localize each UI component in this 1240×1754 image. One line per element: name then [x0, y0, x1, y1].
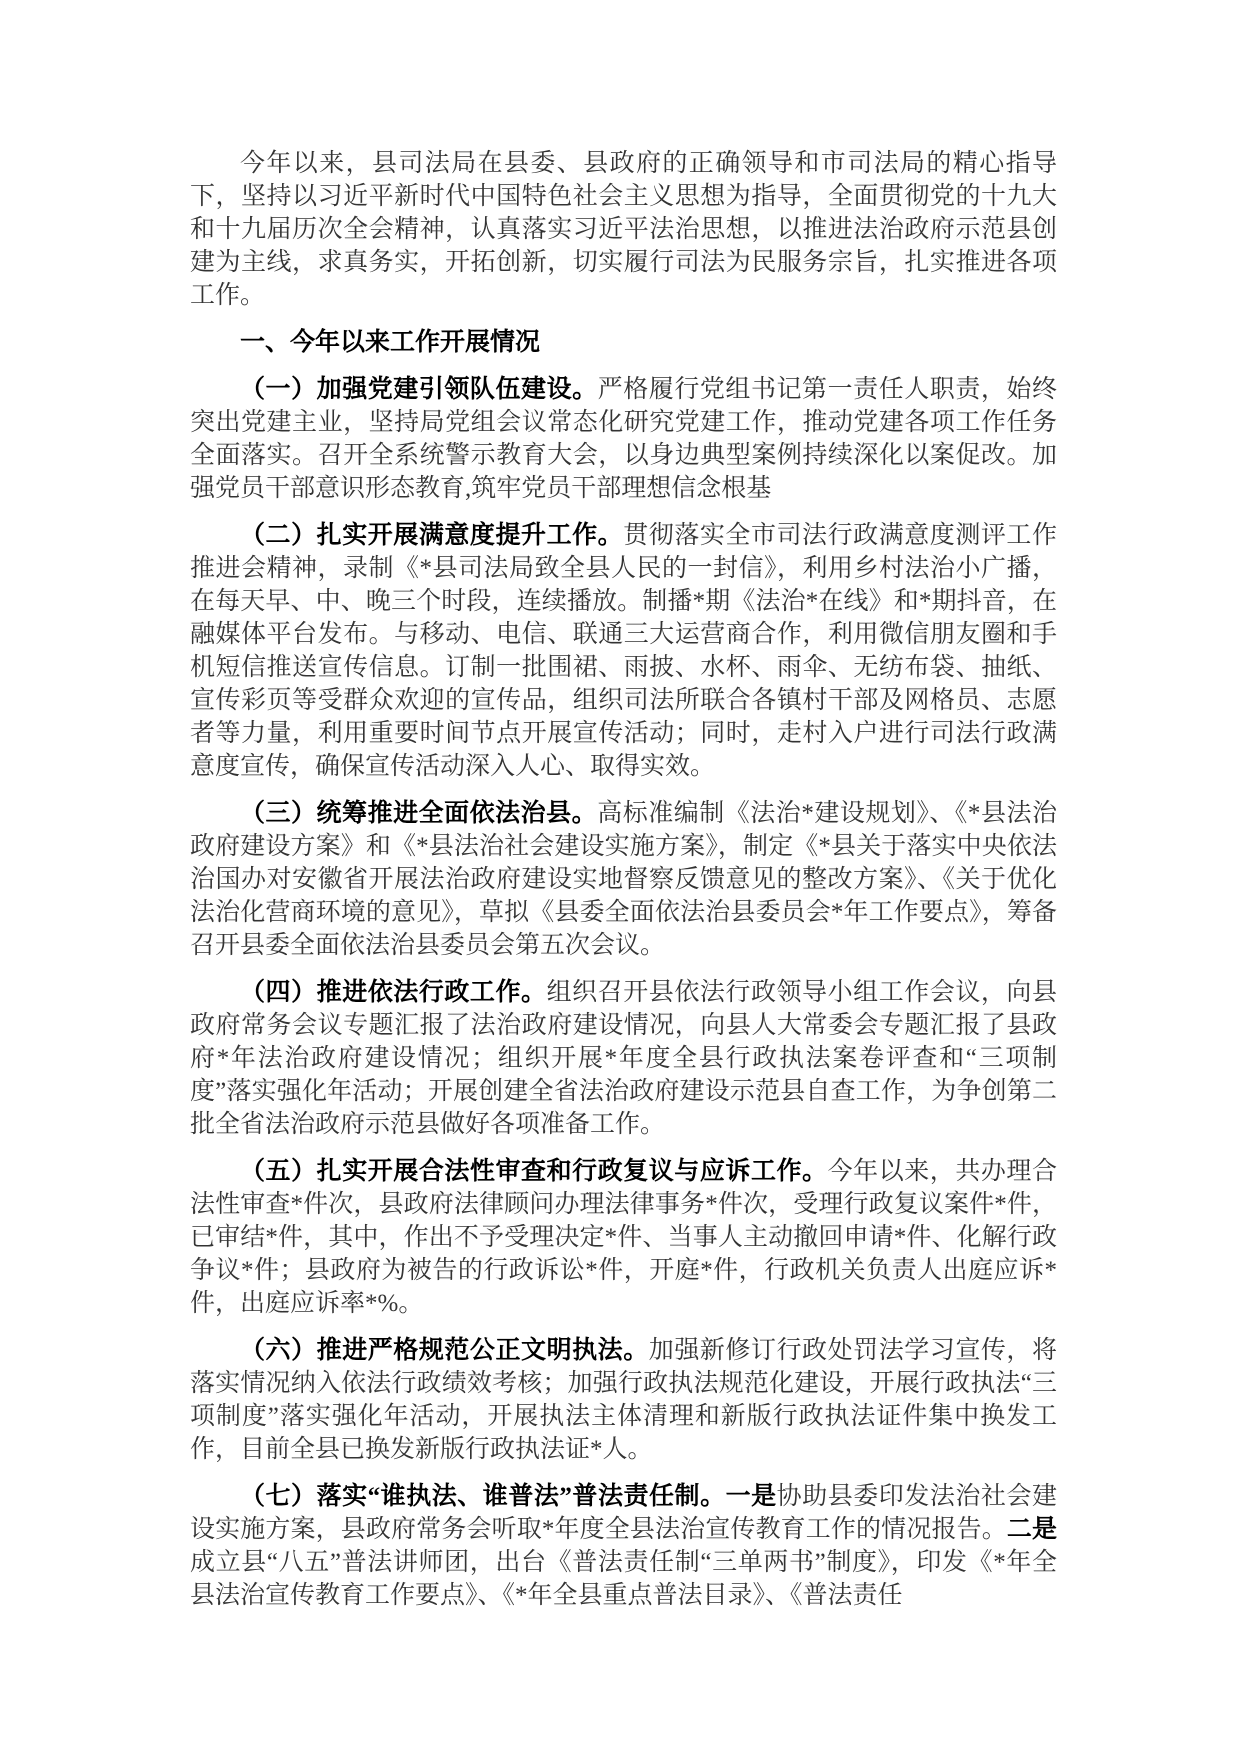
bold-run: 二是	[1007, 1516, 1057, 1543]
text-run: 贯彻落实全市司法行政满意度测评工作推进会精神，录制《*县司法局致全县人民的一封信…	[190, 522, 1057, 780]
paragraph-list: （一）加强党建引领队伍建设。严格履行党组书记第一责任人职责，始终突出党建主业，坚…	[190, 373, 1057, 1612]
numbered-paragraph-6: （六）推进严格规范公正文明执法。加强新修订行政处罚法学习宣传，将落实情况纳入依法…	[190, 1334, 1057, 1466]
bold-run: （三）统筹推进全面依法治县。	[240, 800, 597, 827]
numbered-paragraph-3: （三）统筹推进全面依法治县。高标准编制《法治*建设规划》、《*县法治政府建设方案…	[190, 797, 1057, 962]
bold-run: （一）加强党建引领队伍建设。	[240, 376, 598, 403]
bold-run: 一是	[726, 1483, 777, 1510]
numbered-paragraph-4: （四）推进依法行政工作。组织召开县依法行政领导小组工作会议，向县政府常务会议专题…	[190, 976, 1057, 1141]
bold-run: （六）推进严格规范公正文明执法。	[240, 1337, 649, 1364]
bold-run: （七）落实“谁执法、谁普法”普法责任制。	[240, 1483, 726, 1510]
numbered-paragraph-1: （一）加强党建引领队伍建设。严格履行党组书记第一责任人职责，始终突出党建主业，坚…	[190, 373, 1057, 505]
numbered-paragraph-2: （二）扎实开展满意度提升工作。贯彻落实全市司法行政满意度测评工作推进会精神，录制…	[190, 519, 1057, 783]
intro-paragraph: 今年以来，县司法局在县委、县政府的正确领导和市司法局的精心指导下，坚持以习近平新…	[190, 147, 1057, 312]
numbered-paragraph-7: （七）落实“谁执法、谁普法”普法责任制。一是协助县委印发法治社会建设实施方案，县…	[190, 1480, 1057, 1612]
bold-run: （五）扎实开展合法性审查和行政复议与应诉工作。	[240, 1158, 828, 1185]
section-heading: 一、今年以来工作开展情况	[190, 326, 1057, 359]
bold-run: （二）扎实开展满意度提升工作。	[240, 522, 623, 549]
text-run: 成立县“八五”普法讲师团，出台《普法责任制“三单两书”制度》，印发《*年全县法治…	[190, 1549, 1057, 1609]
document-page: 今年以来，县司法局在县委、县政府的正确领导和市司法局的精心指导下，坚持以习近平新…	[0, 0, 1240, 1754]
bold-run: （四）推进依法行政工作。	[240, 979, 547, 1006]
numbered-paragraph-5: （五）扎实开展合法性审查和行政复议与应诉工作。今年以来，共办理合法性审查*件次，…	[190, 1155, 1057, 1320]
